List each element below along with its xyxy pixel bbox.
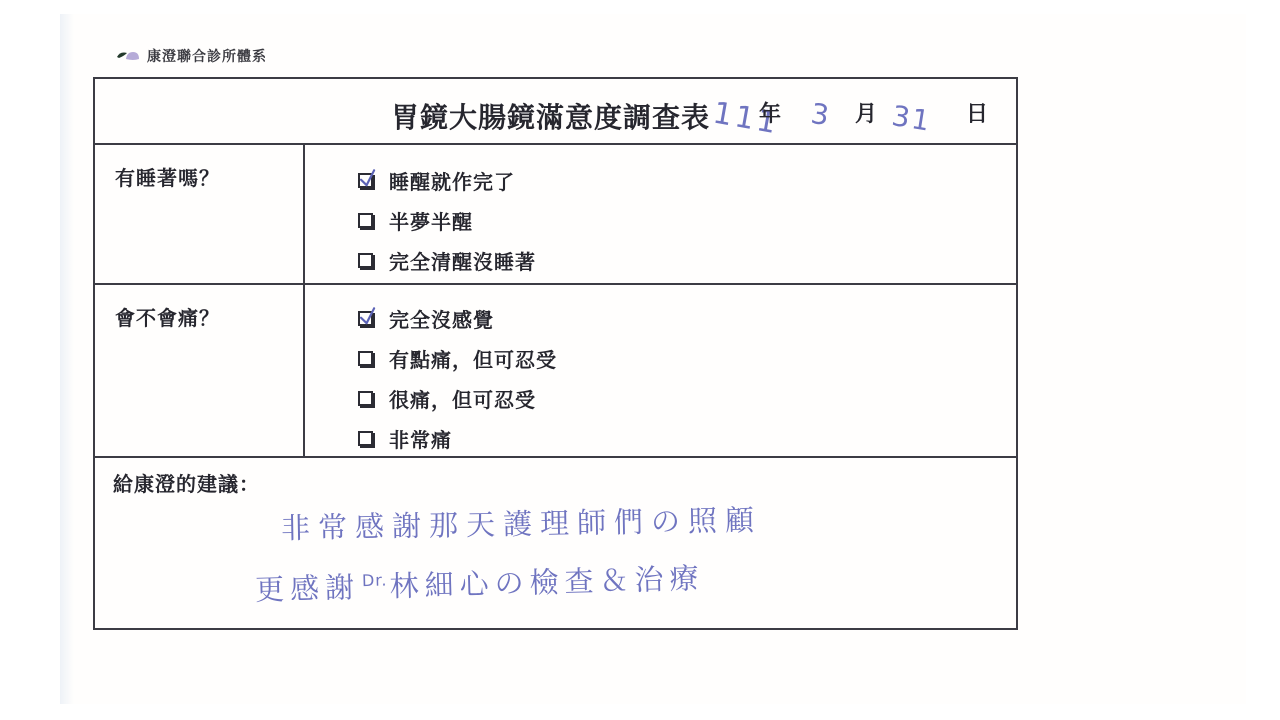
question-label: 會不會痛？ [115, 306, 220, 330]
checkbox-icon [358, 253, 373, 268]
question-cell: 會不會痛？ [95, 285, 305, 456]
handwritten-day-value: 31 [887, 82, 936, 153]
option-label: 非常痛 [389, 424, 452, 453]
handwritten-check-icon [357, 168, 379, 190]
checkbox-icon [358, 213, 373, 228]
option-row: 半夢半醒 [358, 200, 1016, 240]
suggestion-label: 給康澄的建議： [113, 468, 260, 497]
handwritten-comment-prefix: 更感謝 [255, 570, 361, 607]
clinic-logo-icon [116, 49, 140, 63]
option-label: 完全清醒沒睡著 [389, 246, 536, 275]
handwritten-dr-superscript: Dr. [362, 571, 388, 591]
clinic-logo: 康澄聯合診所體系 [116, 46, 267, 66]
options-cell: 睡醒就作完了 半夢半醒 完全清醒沒睡著 [305, 145, 1016, 283]
checkbox-icon [358, 391, 373, 406]
clinic-name: 康澄聯合診所體系 [147, 46, 267, 66]
option-label: 睡醒就作完了 [389, 166, 515, 195]
options-cell: 完全沒感覺 有點痛，但可忍受 很痛，但可忍受 [305, 285, 1016, 456]
option-row: 很痛，但可忍受 [358, 378, 1016, 418]
option-row: 完全沒感覺 [358, 298, 1016, 338]
question-label: 有睡著嗎？ [115, 166, 220, 190]
option-row: 有點痛，但可忍受 [358, 338, 1016, 378]
option-label: 有點痛，但可忍受 [389, 344, 557, 373]
form-title: 胃鏡大腸鏡滿意度調查表 [391, 96, 710, 136]
option-row: 睡醒就作完了 [358, 160, 1016, 200]
option-label: 半夢半醒 [389, 206, 473, 235]
option-row: 非常痛 [358, 418, 1016, 458]
survey-form-table: 胃鏡大腸鏡滿意度調查表 111 年 3 月 31 日 有睡著嗎？ 睡醒就作完了 [93, 77, 1018, 630]
question-row-sleep: 有睡著嗎？ 睡醒就作完了 半夢半醒 [95, 145, 1016, 285]
year-label: 年 [759, 79, 781, 145]
checkbox-icon [358, 173, 373, 188]
scanned-survey-document: 康澄聯合診所體系 胃鏡大腸鏡滿意度調查表 111 年 3 月 31 日 有睡著嗎… [0, 0, 1280, 720]
handwritten-comment-rest: 林細心の檢查＆治療 [389, 561, 705, 603]
suggestion-row: 給康澄的建議： 非常感謝那天護理師們の照顧 更感謝Dr.林細心の檢查＆治療 [95, 458, 1016, 626]
form-title-row: 胃鏡大腸鏡滿意度調查表 111 年 3 月 31 日 [95, 79, 1016, 145]
checkbox-icon [358, 311, 373, 326]
month-label: 月 [855, 79, 877, 145]
option-label: 很痛，但可忍受 [389, 384, 536, 413]
handwritten-check-icon [357, 306, 379, 328]
day-label: 日 [966, 79, 988, 145]
handwritten-comment-line-1: 非常感謝那天護理師們の照顧 [281, 498, 763, 547]
question-row-pain: 會不會痛？ 完全沒感覺 有點痛，但可忍受 [95, 285, 1016, 458]
checkbox-icon [358, 351, 373, 366]
handwritten-month-value: 3 [806, 80, 833, 148]
option-label: 完全沒感覺 [389, 304, 494, 333]
checkbox-icon [358, 431, 373, 446]
option-row: 完全清醒沒睡著 [358, 240, 1016, 280]
handwritten-comment-line-2: 更感謝Dr.林細心の檢查＆治療 [255, 556, 705, 609]
question-cell: 有睡著嗎？ [95, 145, 305, 283]
